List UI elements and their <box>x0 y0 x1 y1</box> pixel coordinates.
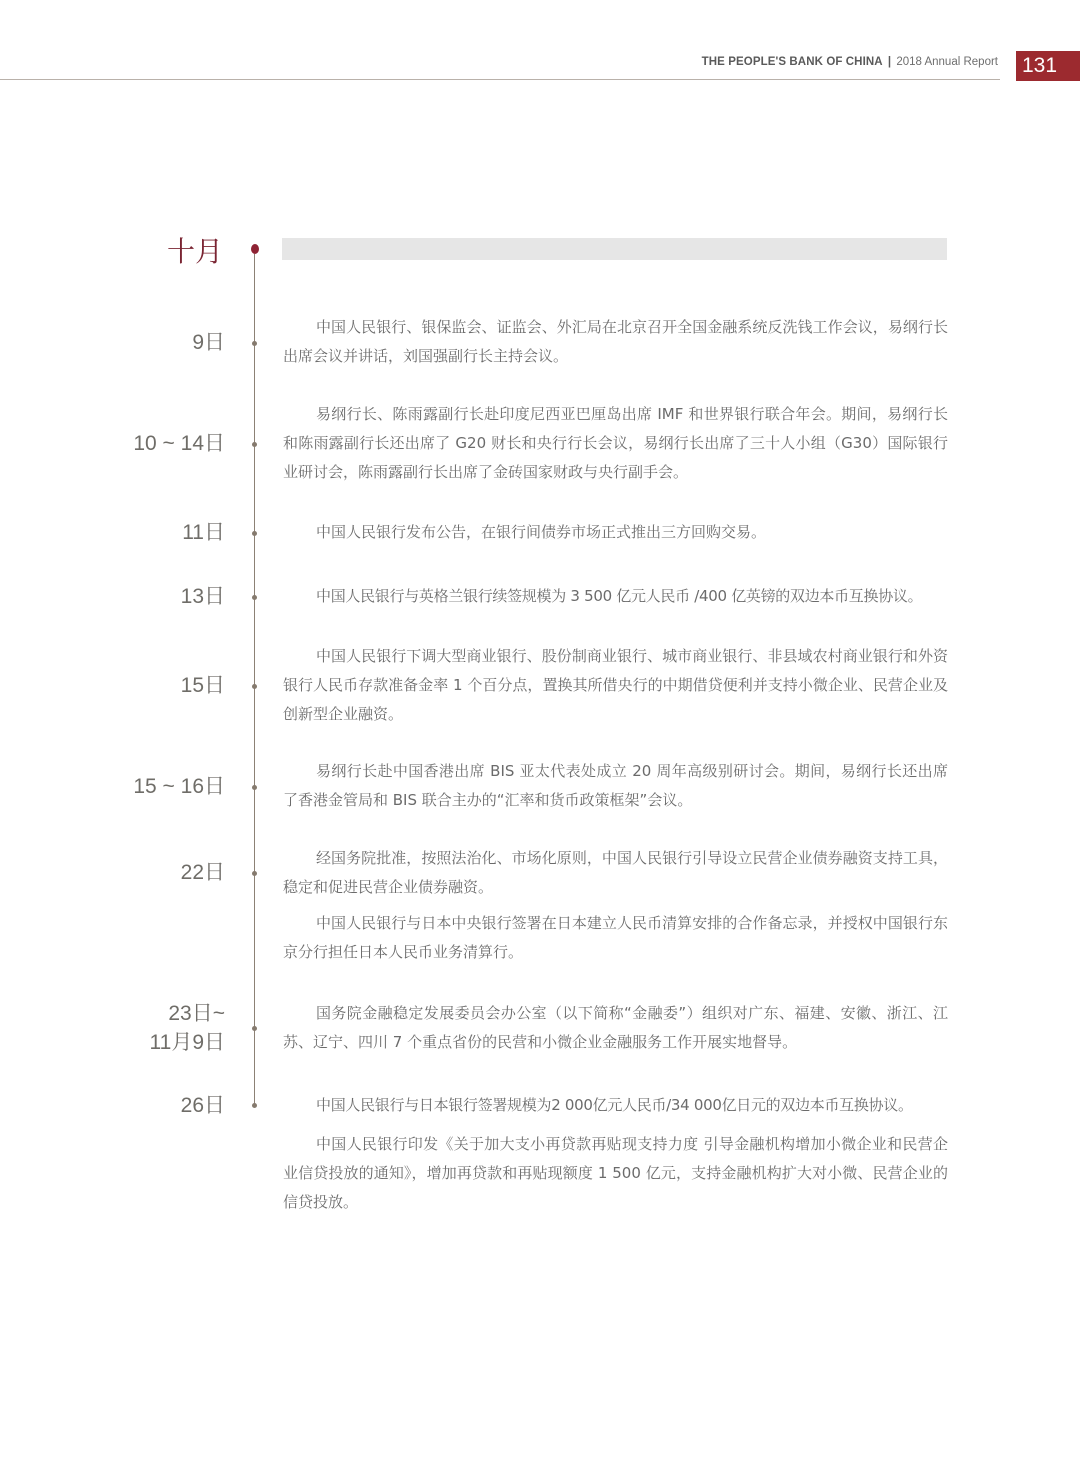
entry-date: 22日 <box>181 858 225 888</box>
entry-date: 11日 <box>182 518 225 548</box>
entry-text: 中国人民银行、银保监会、证监会、外汇局在北京召开全国金融系统反洗钱工作会议，易纲… <box>283 313 948 371</box>
month-bar <box>282 238 947 260</box>
entry-text: 中国人民银行与英格兰银行续签规模为 3 500 亿元人民币 /400 亿英镑的双… <box>283 582 948 611</box>
entry-date-start: 23日~ <box>168 999 225 1029</box>
entry-date: 26日 <box>181 1091 225 1121</box>
entry-date: 9日 <box>192 328 225 358</box>
header-title: THE PEOPLE'S BANK OF CHINA | 2018 Annual… <box>702 56 998 68</box>
entry-text: 易纲行长赴中国香港出席 BIS 亚太代表处成立 20 周年高级别研讨会。期间，易… <box>283 757 948 815</box>
timeline-dot-icon <box>252 684 257 689</box>
entry-text: 中国人民银行与日本中央银行签署在日本建立人民币清算安排的合作备忘录，并授权中国银… <box>283 909 948 967</box>
entry-text: 国务院金融稳定发展委员会办公室（以下简称“金融委”）组织对广东、福建、安徽、浙江… <box>283 999 948 1057</box>
timeline-dot-icon <box>252 785 257 790</box>
timeline-dot-icon <box>252 442 257 447</box>
entry-date-end: 11月9日 <box>150 1028 225 1058</box>
timeline-dot-icon <box>252 871 257 876</box>
month-marker-icon <box>251 244 259 254</box>
header-report: 2018 Annual Report <box>896 56 998 68</box>
entry-date: 15 ~ 16日 <box>133 772 225 802</box>
timeline-dot-icon <box>252 1026 257 1031</box>
entry-date: 13日 <box>181 582 225 612</box>
entry-date: 10 ~ 14日 <box>133 429 225 459</box>
header-separator: | <box>888 56 891 68</box>
entry-text: 中国人民银行下调大型商业银行、股份制商业银行、城市商业银行、非县域农村商业银行和… <box>283 642 948 729</box>
entry-text: 易纲行长、陈雨露副行长赴印度尼西亚巴厘岛出席 IMF 和世界银行联合年会。期间，… <box>283 400 948 487</box>
header-rule <box>0 79 1000 80</box>
timeline-dot-icon <box>252 531 257 536</box>
entry-text: 中国人民银行发布公告，在银行间债券市场正式推出三方回购交易。 <box>283 518 948 547</box>
timeline-dot-icon <box>252 595 257 600</box>
month-heading: 十月 <box>167 230 223 270</box>
entry-date: 15日 <box>181 671 225 701</box>
entry-text: 中国人民银行与日本银行签署规模为2 000亿元人民币/34 000亿日元的双边本… <box>283 1091 948 1120</box>
page-number: 131 <box>1016 51 1080 81</box>
timeline-dot-icon <box>252 1103 257 1108</box>
entry-text: 中国人民银行印发《关于加大支小再贷款再贴现支持力度 引导金融机构增加小微企业和民… <box>283 1130 948 1217</box>
entry-text: 经国务院批准，按照法治化、市场化原则，中国人民银行引导设立民营企业债券融资支持工… <box>283 844 948 902</box>
timeline-dot-icon <box>252 341 257 346</box>
timeline-line <box>254 254 255 1104</box>
header-org: THE PEOPLE'S BANK OF CHINA <box>702 56 883 68</box>
